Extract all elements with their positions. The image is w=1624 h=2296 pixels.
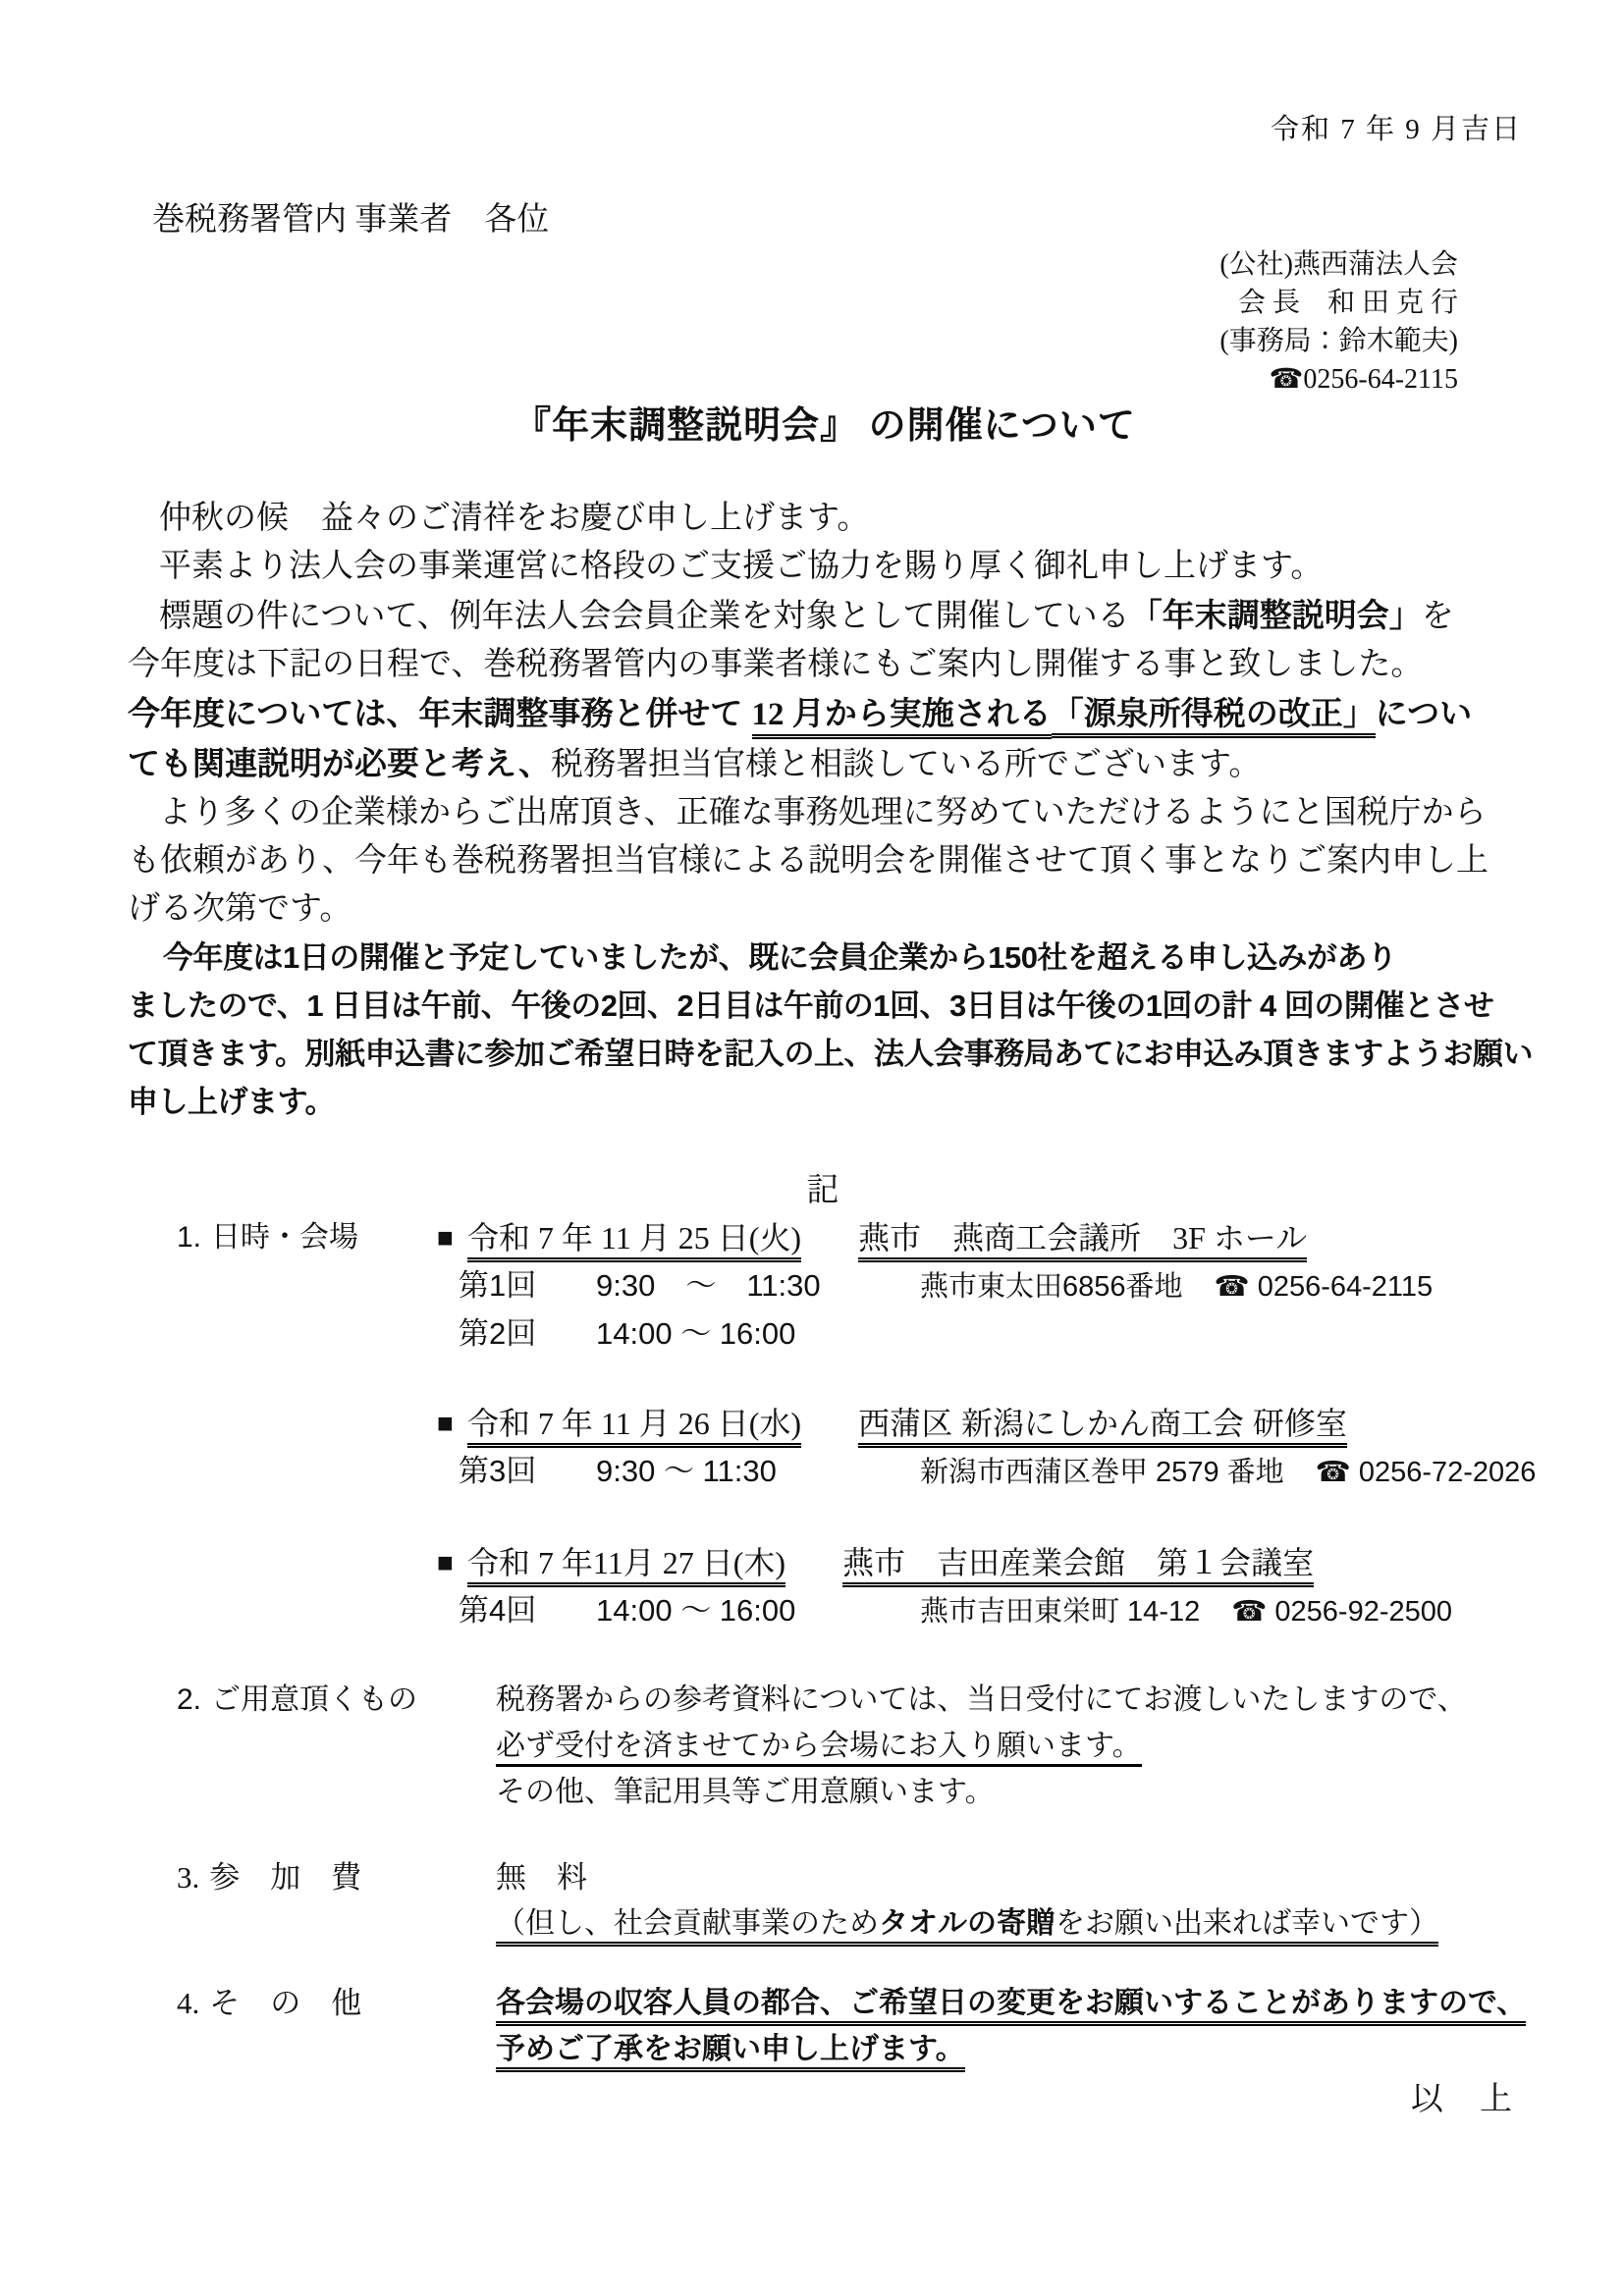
venue-date: 令和 7 年 11 月 26 日(水) <box>467 1406 801 1448</box>
section-text: 税務署からの参考資料については、当日受付にてお渡しいたしますので、 <box>496 1677 1467 1723</box>
closing-mark: 以 上 <box>128 2076 1514 2123</box>
session-time: 14:00 ～ 16:00 <box>596 1587 920 1633</box>
phone-icon: ☎ <box>1316 1457 1351 1488</box>
body-line: げる次第です。 <box>128 885 1522 934</box>
body-line: より多くの企業様からご出席頂き、正確な事務処理に努めていただけるようにと国税庁か… <box>128 789 1522 837</box>
ki-heading: 記 <box>128 1167 1522 1214</box>
body-line: 平素より法人会の事業運営に格段のご支援ご協力を賜り厚く御礼申し上げます。 <box>128 543 1522 591</box>
venue-name: 燕市 吉田産業会館 第１会議室 <box>842 1545 1314 1587</box>
venue-date: 令和 7 年 11 月 25 日(火) <box>467 1220 801 1262</box>
venue-block-1: ■令和 7 年 11 月 25 日(火)燕市 燕商工会議所 3F ホール 第1回… <box>437 1214 1536 1357</box>
body-text: 仲秋の候 益々のご清祥をお慶び申し上げます。 平素より法人会の事業運営に格段のご… <box>128 495 1522 1126</box>
section-label: 3.参 加 費 <box>177 1854 437 1901</box>
session-row: 第4回 14:00 ～ 16:00 燕市吉田東栄町 14-12☎ 0256-92… <box>459 1587 1536 1635</box>
section-label: 4.そ の 他 <box>177 1980 437 2027</box>
body-line: 今年度は下記の日程で、巻税務署管内の事業者様にもご案内し開催する事と致しました。 <box>128 641 1522 689</box>
body-line-bold: 今年度は1日の開催と予定していましたが、既に会員企業から150社を超える申し込み… <box>128 934 1522 982</box>
venue-date: 令和 7 年11月 27 日(木) <box>467 1545 785 1587</box>
venue-address: 燕市吉田東栄町 14-12☎ 0256-92-2500 <box>920 1589 1452 1635</box>
black-square-icon: ■ <box>437 1548 454 1578</box>
section-items-to-bring: 2.ご用意頂くもの 税務署からの参考資料については、当日受付にてお渡しいたします… <box>128 1677 1522 1815</box>
section-text-underlined: 必ず受付を済ませてから会場にお入り願います。 <box>496 1723 1467 1769</box>
sender-org: (公社)燕西蒲法人会 <box>128 245 1458 284</box>
venue-list: ■令和 7 年 11 月 25 日(火)燕市 燕商工会議所 3F ホール 第1回… <box>437 1214 1536 1635</box>
body-line: も依頼があり、今年も巻税務署担当官様による説明会を開催させて頂く事となりご案内申… <box>128 837 1522 885</box>
black-square-icon: ■ <box>437 1223 454 1254</box>
fee-note: （但し、社会貢献事業のためタオルの寄贈をお願い出来れば幸いです） <box>496 1900 1438 1947</box>
black-square-icon: ■ <box>437 1409 454 1439</box>
section-fee: 3.参 加 費 無 料 （但し、社会貢献事業のためタオルの寄贈をお願い出来れば幸… <box>128 1854 1522 1947</box>
session-number: 第2回 <box>459 1310 596 1357</box>
session-time: 14:00 ～ 16:00 <box>596 1310 920 1357</box>
sender-chairman: 会 長 和 田 克 行 <box>128 284 1458 322</box>
body-line-bold: て頂きます。別紙申込書に参加ご希望日時を記入の上、法人会事務局あてにお申込み頂き… <box>128 1030 1522 1078</box>
body-line-emphasis: ても関連説明が必要と考え、税務署担当官様と相談している所でございます。 <box>128 739 1522 789</box>
session-row: 第2回 14:00 ～ 16:00 <box>459 1310 1536 1357</box>
body-line-bold: ましたので、1 日目は午前、午後の2回、2日目は午前の1回、3日目は午後の1回の… <box>128 982 1522 1030</box>
sender-block: (公社)燕西蒲法人会 会 長 和 田 克 行 (事務局：鈴木範夫) ☎0256-… <box>128 245 1458 399</box>
sender-tel-number: 0256-64-2115 <box>1303 364 1458 395</box>
section-text: その他、筆記用具等ご用意願います。 <box>496 1769 1467 1815</box>
body-line-bold: 申し上げます。 <box>128 1078 1522 1126</box>
body-line: 標題の件について、例年法人会会員企業を対象として開催している「年末調整説明会」を <box>128 591 1522 641</box>
document-page: 令和 7 年 9 月吉日 巻税務署管内 事業者 各位 (公社)燕西蒲法人会 会 … <box>0 0 1624 2296</box>
phone-icon: ☎ <box>1231 1596 1267 1628</box>
section-label: 1.日時・会場 <box>177 1214 437 1261</box>
phone-icon: ☎ <box>1270 364 1304 395</box>
body-line: 仲秋の候 益々のご清祥をお慶び申し上げます。 <box>128 495 1522 543</box>
venue-tel: ☎ 0256-92-2500 <box>1231 1596 1452 1628</box>
fee-value: 無 料 <box>496 1854 1438 1900</box>
venue-name: 西蒲区 新潟にしかん商工会 研修室 <box>858 1406 1347 1448</box>
session-time: 9:30 ～ 11:30 <box>596 1262 920 1308</box>
sender-secretariat: (事務局：鈴木範夫) <box>128 322 1458 360</box>
session-row: 第3回 9:30 ～ 11:30 新潟市西蒲区巻甲 2579 番地☎ 0256-… <box>459 1448 1536 1496</box>
session-row: 第1回 9:30 ～ 11:30 燕市東太田6856番地☎ 0256-64-21… <box>459 1262 1536 1310</box>
session-number: 第3回 <box>459 1448 596 1494</box>
sender-tel: ☎0256-64-2115 <box>128 360 1458 399</box>
venue-block-3: ■令和 7 年11月 27 日(木)燕市 吉田産業会館 第１会議室 第4回 14… <box>437 1539 1536 1635</box>
other-note-underlined: 予めご了承をお願い申し上げます。 <box>496 2026 1526 2072</box>
session-number: 第1回 <box>459 1262 596 1308</box>
recipient-line: 巻税務署管内 事業者 各位 <box>128 200 1522 240</box>
session-number: 第4回 <box>459 1587 596 1633</box>
session-time: 9:30 ～ 11:30 <box>596 1448 920 1494</box>
section-other: 4.そ の 他 各会場の収容人員の都合、ご希望日の変更をお願いすることがあります… <box>128 1980 1522 2072</box>
phone-icon: ☎ <box>1215 1271 1250 1303</box>
section-datetime-venue: 1.日時・会場 ■令和 7 年 11 月 25 日(火)燕市 燕商工会議所 3F… <box>128 1214 1522 1635</box>
document-date: 令和 7 年 9 月吉日 <box>128 110 1522 149</box>
venue-name: 燕市 燕商工会議所 3F ホール <box>858 1220 1307 1262</box>
page-title: 『年末調整説明会』 の開催について <box>128 400 1522 452</box>
other-note-underlined: 各会場の収容人員の都合、ご希望日の変更をお願いすることがありますので、 <box>496 1980 1526 2026</box>
body-line-emphasis: 今年度については、年末調整事務と併せて 12 月から実施される「源泉所得税の改正… <box>128 689 1522 739</box>
venue-address: 燕市東太田6856番地☎ 0256-64-2115 <box>920 1264 1433 1310</box>
venue-block-2: ■令和 7 年 11 月 26 日(水)西蒲区 新潟にしかん商工会 研修室 第3… <box>437 1400 1536 1496</box>
venue-tel: ☎ 0256-72-2026 <box>1316 1457 1537 1488</box>
venue-address: 新潟市西蒲区巻甲 2579 番地☎ 0256-72-2026 <box>920 1450 1536 1496</box>
section-label: 2.ご用意頂くもの <box>177 1677 437 1724</box>
venue-tel: ☎ 0256-64-2115 <box>1215 1271 1434 1303</box>
